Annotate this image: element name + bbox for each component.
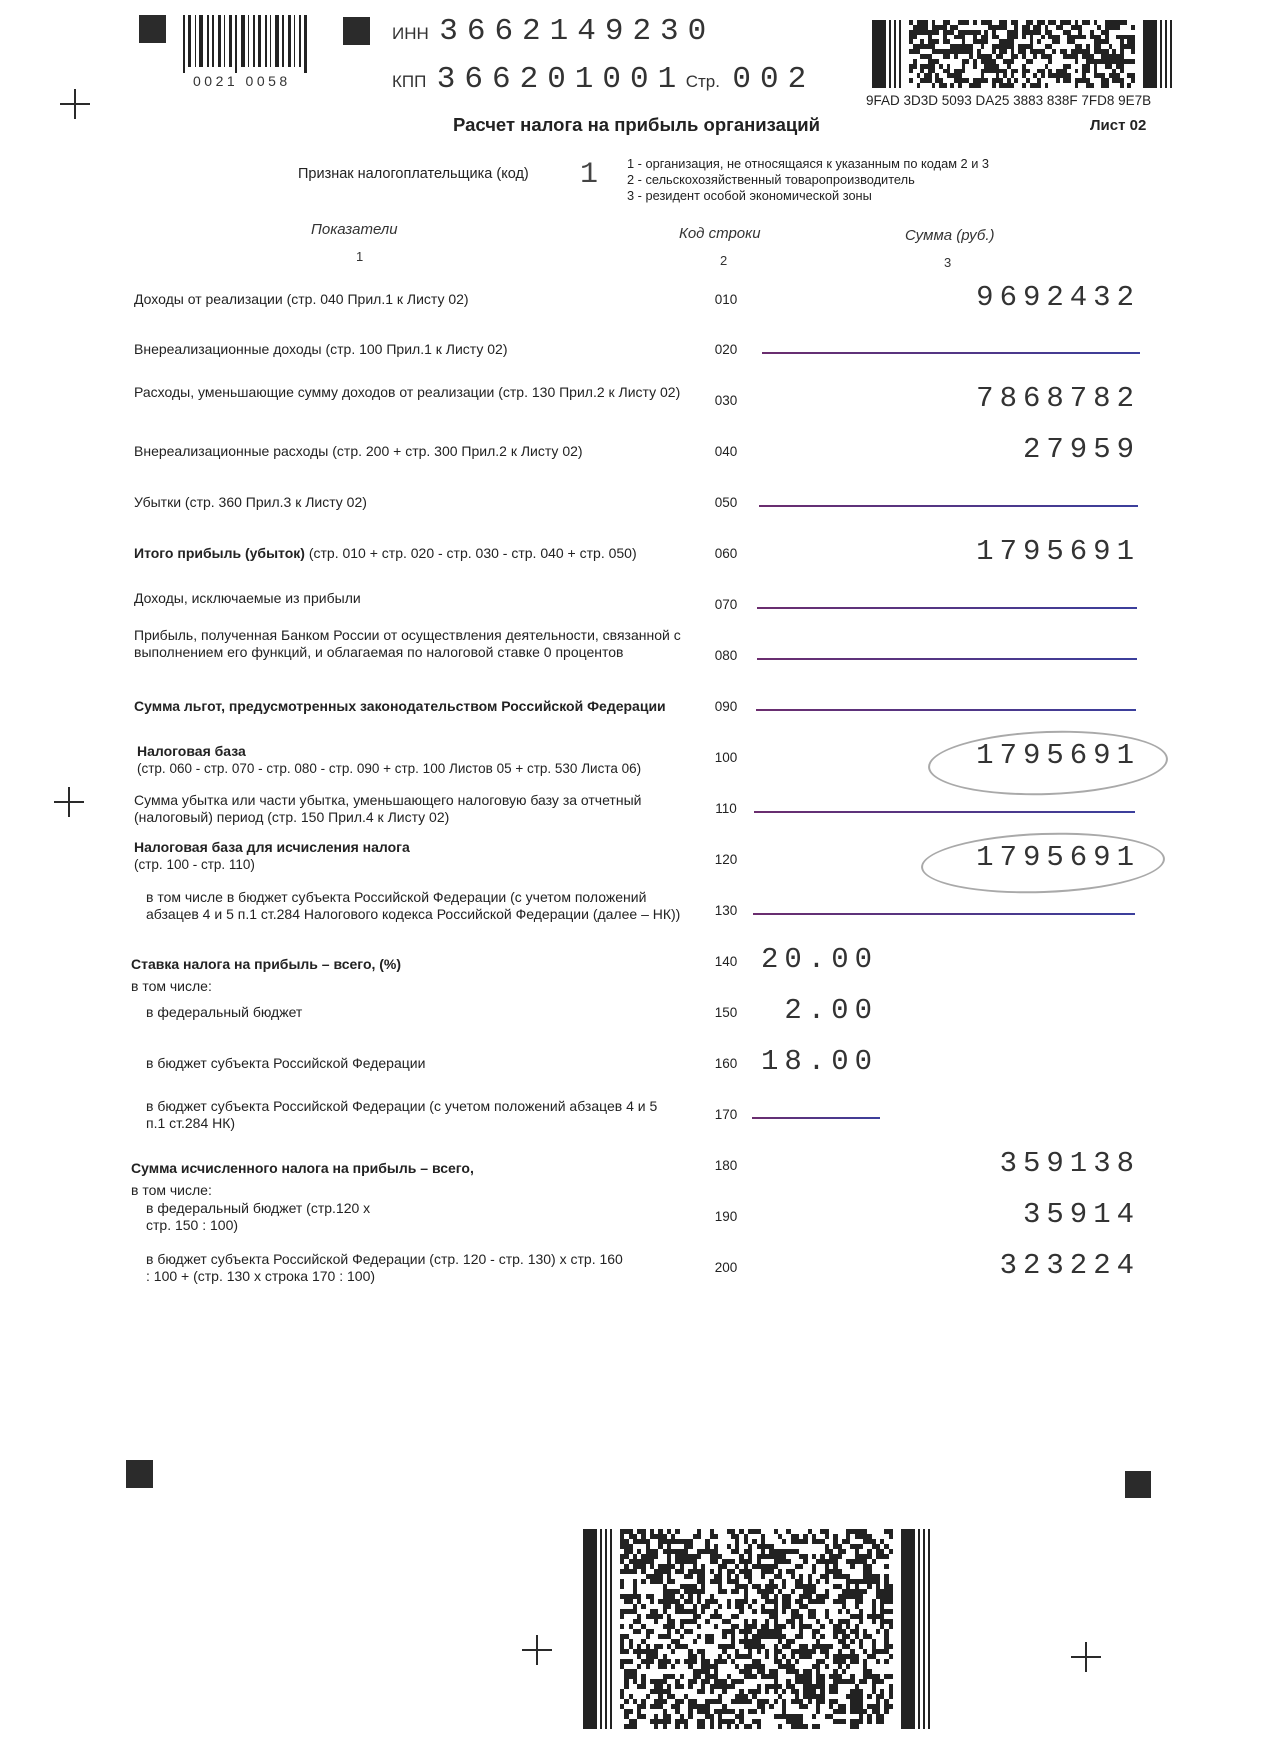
row-label-text: (стр. 100 - стр. 110) bbox=[134, 857, 255, 872]
row-label-text: в бюджет субъекта Российской Федерации (… bbox=[146, 1098, 657, 1131]
row-label-text: Прибыль, полученная Банком России от осу… bbox=[134, 627, 681, 660]
legend-item-1: 1 - организация, не относящаяся к указан… bbox=[627, 156, 989, 172]
row-code: 170 bbox=[708, 1107, 744, 1122]
row-label-bold: Налоговая база bbox=[137, 743, 246, 759]
column-header-line-code: Код строки bbox=[679, 225, 761, 242]
row-code: 150 bbox=[708, 1005, 744, 1020]
row-value: 2.00 bbox=[756, 994, 878, 1027]
row-code: 080 bbox=[708, 648, 744, 663]
row-code: 040 bbox=[708, 444, 744, 459]
inn-value: 3662149230 bbox=[439, 14, 715, 49]
row-label-text: Доходы, исключаемые из прибыли bbox=[134, 590, 361, 606]
page-value: 002 bbox=[732, 62, 815, 97]
row-code: 070 bbox=[708, 597, 744, 612]
row-label-text: в том числе в бюджет субъекта Российской… bbox=[146, 889, 680, 922]
empty-value-dash bbox=[756, 709, 1136, 711]
row-label: Сумма исчисленного налога на прибыль – в… bbox=[131, 1157, 691, 1201]
row-label: Налоговая база для исчисления налога(стр… bbox=[134, 839, 694, 873]
row-label: в бюджет субъекта Российской Федерации bbox=[146, 1055, 706, 1072]
row-value: 18.00 bbox=[756, 1045, 878, 1078]
page-2d-barcode bbox=[583, 1529, 930, 1729]
row-code: 110 bbox=[708, 801, 744, 816]
row-label-text: в федеральный бюджет bbox=[146, 1004, 302, 1020]
registration-mark-bottom-right bbox=[1125, 1471, 1151, 1498]
row-code: 160 bbox=[708, 1056, 744, 1071]
row-label-bold: Итого прибыль (убыток) bbox=[134, 545, 305, 561]
row-label-text: Убытки (стр. 360 Прил.3 к Листу 02) bbox=[134, 494, 367, 510]
row-label-text: в том числе: bbox=[131, 1182, 212, 1198]
crosshair-mark-bottom-left bbox=[522, 1635, 552, 1665]
page-title: Расчет налога на прибыль организаций bbox=[453, 114, 820, 136]
row-label: в том числе в бюджет субъекта Российской… bbox=[146, 889, 686, 923]
row-code: 010 bbox=[708, 292, 744, 307]
row-label-bold: Налоговая база для исчисления налога bbox=[134, 839, 410, 855]
registration-mark-bottom-left bbox=[126, 1460, 153, 1488]
row-label-text: (стр. 010 + стр. 020 - стр. 030 - стр. 0… bbox=[305, 545, 637, 561]
empty-value-dash bbox=[757, 607, 1137, 609]
column-header-amount: Сумма (руб.) bbox=[905, 227, 995, 244]
row-label-text: Внереализационные расходы (стр. 200 + ст… bbox=[134, 443, 583, 459]
sheet-number: Лист 02 bbox=[1090, 117, 1146, 134]
empty-value-dash bbox=[759, 505, 1138, 507]
row-label-text: в бюджет субъекта Российской Федерации bbox=[146, 1055, 425, 1071]
row-code: 090 bbox=[708, 699, 744, 714]
empty-value-dash bbox=[757, 658, 1137, 660]
column-number-2: 2 bbox=[720, 253, 727, 268]
column-header-indicators: Показатели bbox=[311, 221, 398, 238]
row-label: в бюджет субъекта Российской Федерации (… bbox=[146, 1251, 626, 1285]
row-label: Налоговая база(стр. 060 - стр. 070 - стр… bbox=[137, 743, 697, 777]
row-label: Расходы, уменьшающие сумму доходов от ре… bbox=[134, 384, 704, 401]
row-code: 190 bbox=[708, 1209, 744, 1224]
legend-item-2: 2 - сельскохозяйственный товаропроизводи… bbox=[627, 172, 989, 188]
registration-mark-top-left bbox=[139, 15, 166, 43]
row-label-text: (стр. 060 - стр. 070 - стр. 080 - стр. 0… bbox=[137, 761, 641, 776]
row-label-bold: Сумма исчисленного налога на прибыль – в… bbox=[131, 1160, 474, 1176]
row-value: 27959 bbox=[1023, 433, 1140, 466]
page-barcode-number: 0021 0058 bbox=[193, 73, 291, 89]
row-label: в федеральный бюджет bbox=[146, 1004, 706, 1021]
row-label-text: в том числе: bbox=[131, 978, 212, 994]
row-value: 9692432 bbox=[976, 281, 1140, 314]
crosshair-mark-bottom-right bbox=[1071, 1642, 1101, 1672]
row-label-text: Сумма убытка или части убытка, уменьшающ… bbox=[134, 792, 641, 825]
column-number-3: 3 bbox=[944, 255, 951, 270]
row-label-text: Доходы от реализации (стр. 040 Прил.1 к … bbox=[134, 291, 469, 307]
row-code: 050 bbox=[708, 495, 744, 510]
row-label-text: Расходы, уменьшающие сумму доходов от ре… bbox=[134, 384, 680, 400]
row-value: 359138 bbox=[1000, 1147, 1140, 1180]
handwritten-circle-mark bbox=[927, 727, 1169, 799]
row-label: Убытки (стр. 360 Прил.3 к Листу 02) bbox=[134, 494, 694, 511]
taxpayer-code-legend: 1 - организация, не относящаяся к указан… bbox=[627, 156, 989, 204]
row-code: 130 bbox=[708, 903, 744, 918]
empty-value-dash bbox=[753, 913, 1135, 915]
legend-item-3: 3 - резидент особой экономической зоны bbox=[627, 188, 989, 204]
row-label: Прибыль, полученная Банком России от осу… bbox=[134, 627, 694, 661]
row-label-bold: Ставка налога на прибыль – всего, (%) bbox=[131, 956, 401, 972]
row-label: в федеральный бюджет (стр.120 х стр. 150… bbox=[146, 1200, 396, 1234]
row-value: 35914 bbox=[1023, 1198, 1140, 1231]
row-label: Доходы, исключаемые из прибыли bbox=[134, 590, 694, 607]
empty-value-dash bbox=[752, 1117, 880, 1119]
kpp-label: КПП bbox=[392, 72, 426, 91]
row-value: 20.00 bbox=[756, 943, 878, 976]
row-label-text: в бюджет субъекта Российской Федерации (… bbox=[146, 1251, 623, 1284]
kpp-field: КПП 366201001 Стр. 002 bbox=[392, 62, 815, 97]
crosshair-mark-top-left bbox=[60, 89, 90, 119]
row-code: 100 bbox=[708, 750, 744, 765]
crosshair-mark-left-middle bbox=[54, 787, 84, 817]
inn-field: ИНН 3662149230 bbox=[392, 14, 715, 49]
row-label: Ставка налога на прибыль – всего, (%)в т… bbox=[131, 953, 691, 997]
row-code: 180 bbox=[708, 1158, 744, 1173]
row-label: Внереализационные расходы (стр. 200 + ст… bbox=[134, 443, 694, 460]
page-label: Стр. bbox=[686, 72, 720, 91]
row-code: 060 bbox=[708, 546, 744, 561]
row-label-bold: Сумма льгот, предусмотренных законодател… bbox=[134, 698, 666, 714]
row-label-text: Внереализационные доходы (стр. 100 Прил.… bbox=[134, 341, 507, 357]
empty-value-dash bbox=[762, 352, 1140, 354]
registration-mark-top-middle bbox=[343, 17, 370, 45]
handwritten-circle-mark bbox=[920, 829, 1166, 897]
kpp-value: 366201001 bbox=[437, 62, 685, 97]
row-label: Внереализационные доходы (стр. 100 Прил.… bbox=[134, 341, 694, 358]
inn-label: ИНН bbox=[392, 24, 429, 43]
taxpayer-attribute-label: Признак налогоплательщика (код) bbox=[298, 166, 529, 182]
row-code: 140 bbox=[708, 954, 744, 969]
row-code: 200 bbox=[708, 1260, 744, 1275]
column-number-1: 1 bbox=[356, 249, 363, 264]
taxpayer-attribute-code: 1 bbox=[580, 158, 598, 192]
page-barcode bbox=[183, 15, 323, 73]
row-code: 020 bbox=[708, 342, 744, 357]
row-code: 120 bbox=[708, 852, 744, 867]
row-code: 030 bbox=[708, 393, 744, 408]
document-hash-code: 9FAD 3D3D 5093 DA25 3883 838F 7FD8 9E7B bbox=[866, 93, 1151, 108]
row-label: в бюджет субъекта Российской Федерации (… bbox=[146, 1098, 666, 1132]
row-value: 323224 bbox=[1000, 1249, 1140, 1282]
row-label: Сумма льгот, предусмотренных законодател… bbox=[134, 698, 694, 715]
empty-value-dash bbox=[754, 811, 1135, 813]
row-label: Итого прибыль (убыток) (стр. 010 + стр. … bbox=[134, 545, 694, 562]
row-value: 7868782 bbox=[976, 382, 1140, 415]
row-label: Доходы от реализации (стр. 040 Прил.1 к … bbox=[134, 291, 694, 308]
row-value: 1795691 bbox=[976, 535, 1140, 568]
document-2d-barcode bbox=[872, 20, 1172, 88]
row-label-text: в федеральный бюджет (стр.120 х стр. 150… bbox=[146, 1200, 370, 1233]
row-label: Сумма убытка или части убытка, уменьшающ… bbox=[134, 792, 694, 826]
